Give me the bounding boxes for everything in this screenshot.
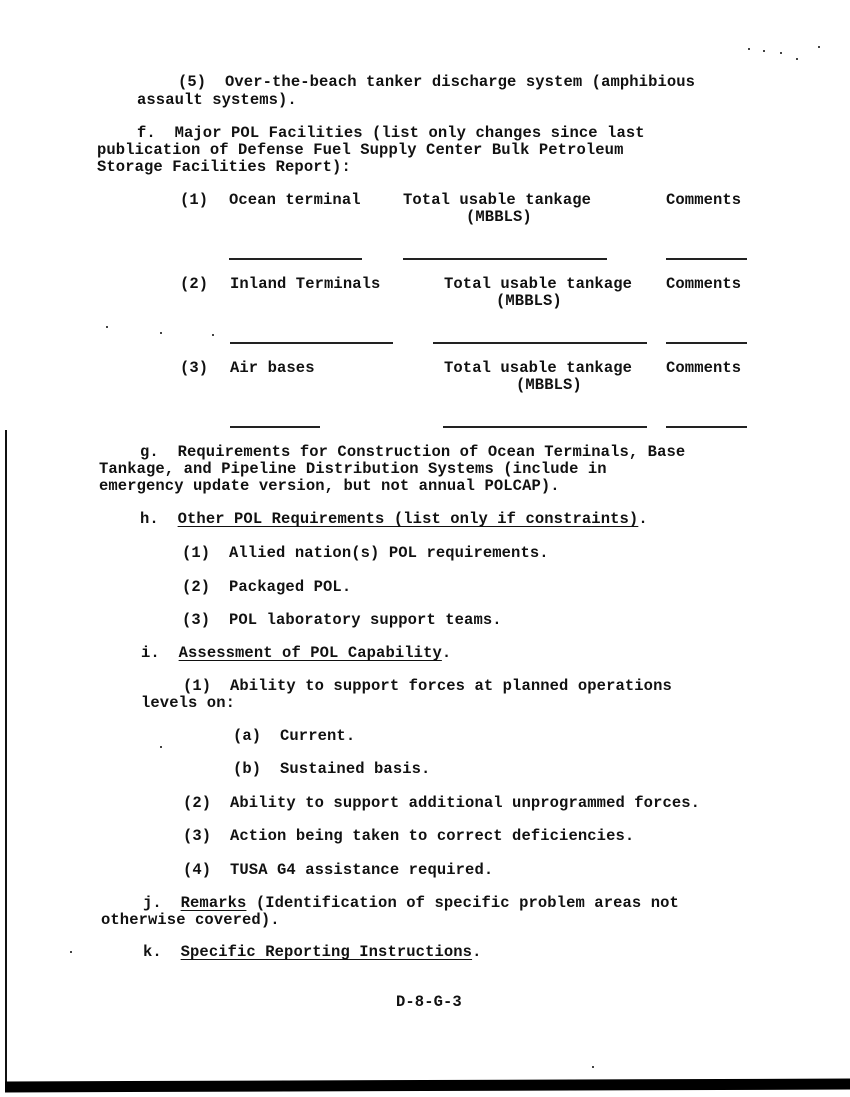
section-i-letter: i.: [141, 644, 160, 662]
row3-num: (3): [180, 360, 208, 377]
item-5-line2: assault systems).: [137, 92, 297, 109]
section-i-item1-line2: levels on:: [141, 695, 235, 712]
section-i-item4: (4) TUSA G4 assistance required.: [183, 862, 493, 879]
row2-comments: Comments: [666, 276, 741, 293]
row1-tankage-blank[interactable]: [403, 258, 607, 260]
row3-tankage-blank[interactable]: [443, 426, 647, 428]
section-h-item2: (2) Packaged POL.: [182, 579, 351, 596]
row1-name: Ocean terminal: [229, 192, 361, 209]
section-k-letter: k.: [143, 943, 162, 961]
section-i-item3: (3) Action being taken to correct defici…: [183, 828, 634, 845]
row2-tankage-blank[interactable]: [433, 342, 647, 344]
section-j-line1: j. Remarks (Identification of specific p…: [143, 895, 679, 912]
scan-speck: [160, 746, 162, 748]
section-h-item1: (1) Allied nation(s) POL requirements.: [182, 545, 549, 562]
section-j-title: Remarks: [181, 894, 247, 912]
row2-name: Inland Terminals: [230, 276, 380, 293]
section-i-heading: i. Assessment of POL Capability.: [141, 645, 451, 662]
section-g-line3: emergency update version, but not annual…: [99, 478, 560, 495]
scan-speck: [763, 50, 765, 52]
row2-unit: (MBBLS): [496, 293, 562, 310]
section-i-item2: (2) Ability to support additional unprog…: [183, 795, 700, 812]
scan-speck: [160, 332, 162, 334]
section-h-heading: h. Other POL Requirements (list only if …: [140, 511, 648, 528]
section-j-line2: otherwise covered).: [101, 912, 280, 929]
row2-name-blank[interactable]: [230, 342, 393, 344]
row2-tankage: Total usable tankage: [444, 276, 632, 293]
period: .: [638, 510, 647, 528]
row3-comments-blank[interactable]: [666, 426, 747, 428]
section-i-sub-a: (a) Current.: [233, 728, 355, 745]
scan-left-border: [5, 430, 7, 1082]
row1-comments-blank[interactable]: [666, 258, 747, 260]
section-g-line1: g. Requirements for Construction of Ocea…: [140, 444, 685, 461]
section-j-rest: (Identification of specific problem area…: [246, 894, 678, 912]
section-k-heading: k. Specific Reporting Instructions.: [143, 944, 481, 961]
row3-tankage: Total usable tankage: [444, 360, 632, 377]
scan-speck: [796, 58, 798, 60]
row1-tankage: Total usable tankage: [403, 192, 591, 209]
scan-speck: [592, 1066, 594, 1068]
scan-speck: [818, 46, 820, 48]
period: .: [442, 644, 451, 662]
scan-speck: [106, 326, 108, 328]
row1-name-blank[interactable]: [229, 258, 362, 260]
section-h-letter: h.: [140, 510, 159, 528]
section-g-line2: Tankage, and Pipeline Distribution Syste…: [99, 461, 607, 478]
scan-bottom-border: [5, 1079, 850, 1093]
period: .: [472, 943, 481, 961]
scan-speck: [748, 48, 750, 50]
scan-speck: [780, 52, 782, 54]
section-j-letter: j.: [143, 894, 162, 912]
row1-num: (1): [180, 192, 208, 209]
section-k-title: Specific Reporting Instructions: [181, 943, 472, 961]
row3-name: Air bases: [230, 360, 315, 377]
section-f-line1: f. Major POL Facilities (list only chang…: [137, 125, 645, 142]
row1-comments: Comments: [666, 192, 741, 209]
row3-unit: (MBBLS): [516, 377, 582, 394]
section-h-title: Other POL Requirements (list only if con…: [178, 510, 639, 528]
row2-comments-blank[interactable]: [666, 342, 747, 344]
row2-num: (2): [180, 276, 208, 293]
scan-speck: [212, 334, 214, 336]
row3-name-blank[interactable]: [230, 426, 320, 428]
section-i-sub-b: (b) Sustained basis.: [233, 761, 430, 778]
item-5-line1: (5) Over-the-beach tanker discharge syst…: [178, 74, 695, 91]
section-f-line3: Storage Facilities Report):: [97, 159, 351, 176]
section-i-item1-line1: (1) Ability to support forces at planned…: [183, 678, 672, 695]
row1-unit: (MBBLS): [466, 209, 532, 226]
section-f-line2: publication of Defense Fuel Supply Cente…: [97, 142, 623, 159]
page-number: D-8-G-3: [396, 994, 462, 1011]
section-h-item3: (3) POL laboratory support teams.: [182, 612, 502, 629]
row3-comments: Comments: [666, 360, 741, 377]
section-i-title: Assessment of POL Capability: [179, 644, 442, 662]
scan-speck: [70, 951, 72, 953]
